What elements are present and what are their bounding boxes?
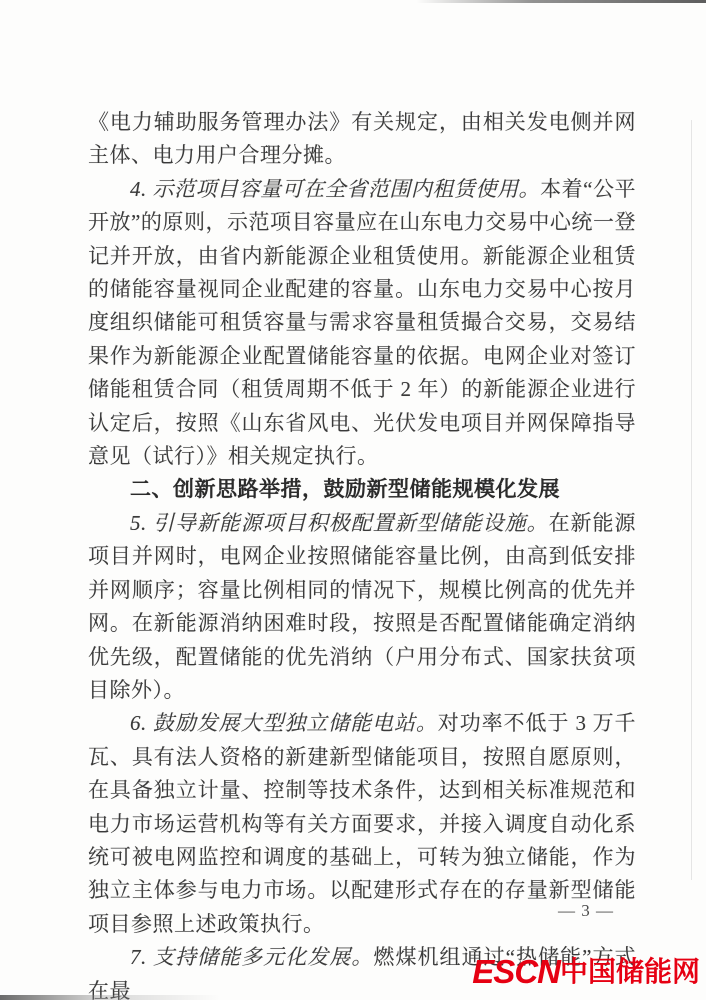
escn-logo-latin-text: ESCN xyxy=(472,953,560,990)
page-number: — 3 — xyxy=(558,901,614,921)
item-6-lead-sentence: 6. 鼓励发展大型独立储能电站。 xyxy=(130,711,438,735)
paragraph-item-4: 4. 示范项目容量可在全省范围内租赁使用。本着“公平开放”的原则，示范项目容量应… xyxy=(88,173,636,474)
document-body: 《电力辅助服务管理办法》有关规定，由相关发电侧并网主体、电力用户合理分摊。 4.… xyxy=(88,106,636,1000)
item-7-lead-sentence: 7. 支持储能多元化发展。 xyxy=(130,945,373,969)
item-6-body-text: 对功率不低于 3 万千瓦、具有法人资格的新建新型储能项目，按照自愿原则，在具备独… xyxy=(88,711,636,935)
scan-artifact-top-edge xyxy=(416,0,706,3)
escn-logo-cjk-text: 中国储能网 xyxy=(560,956,700,987)
escn-logo: ESCN中国储能网 xyxy=(472,950,700,991)
section-heading: 二、创新思路举措，鼓励新型储能规模化发展 xyxy=(88,473,636,506)
item-5-lead-sentence: 5. 引导新能源项目积极配置新型储能设施。 xyxy=(130,511,549,535)
paragraph-item-5: 5. 引导新能源项目积极配置新型储能设施。在新能源项目并网时，电网企业按照储能容… xyxy=(88,507,636,707)
item-5-body-text: 在新能源项目并网时，电网企业按照储能容量比例，由高到低安排并网顺序；容量比例相同… xyxy=(88,511,636,702)
item-4-body-text: 本着“公平开放”的原则，示范项目容量应在山东电力交易中心统一登记并开放，由省内新… xyxy=(88,177,636,468)
scanned-document-page: 《电力辅助服务管理办法》有关规定，由相关发电侧并网主体、电力用户合理分摊。 4.… xyxy=(0,0,706,1000)
paragraph-item-6: 6. 鼓励发展大型独立储能电站。对功率不低于 3 万千瓦、具有法人资格的新建新型… xyxy=(88,707,636,941)
paragraph-text: 《电力辅助服务管理办法》有关规定，由相关发电侧并网主体、电力用户合理分摊。 xyxy=(88,110,636,167)
scan-artifact-right-edge xyxy=(691,120,692,880)
paragraph-continuation: 《电力辅助服务管理办法》有关规定，由相关发电侧并网主体、电力用户合理分摊。 xyxy=(88,106,636,173)
item-4-lead-sentence: 4. 示范项目容量可在全省范围内租赁使用。 xyxy=(130,177,540,201)
scan-artifact-bottom-edge xyxy=(0,995,220,1000)
